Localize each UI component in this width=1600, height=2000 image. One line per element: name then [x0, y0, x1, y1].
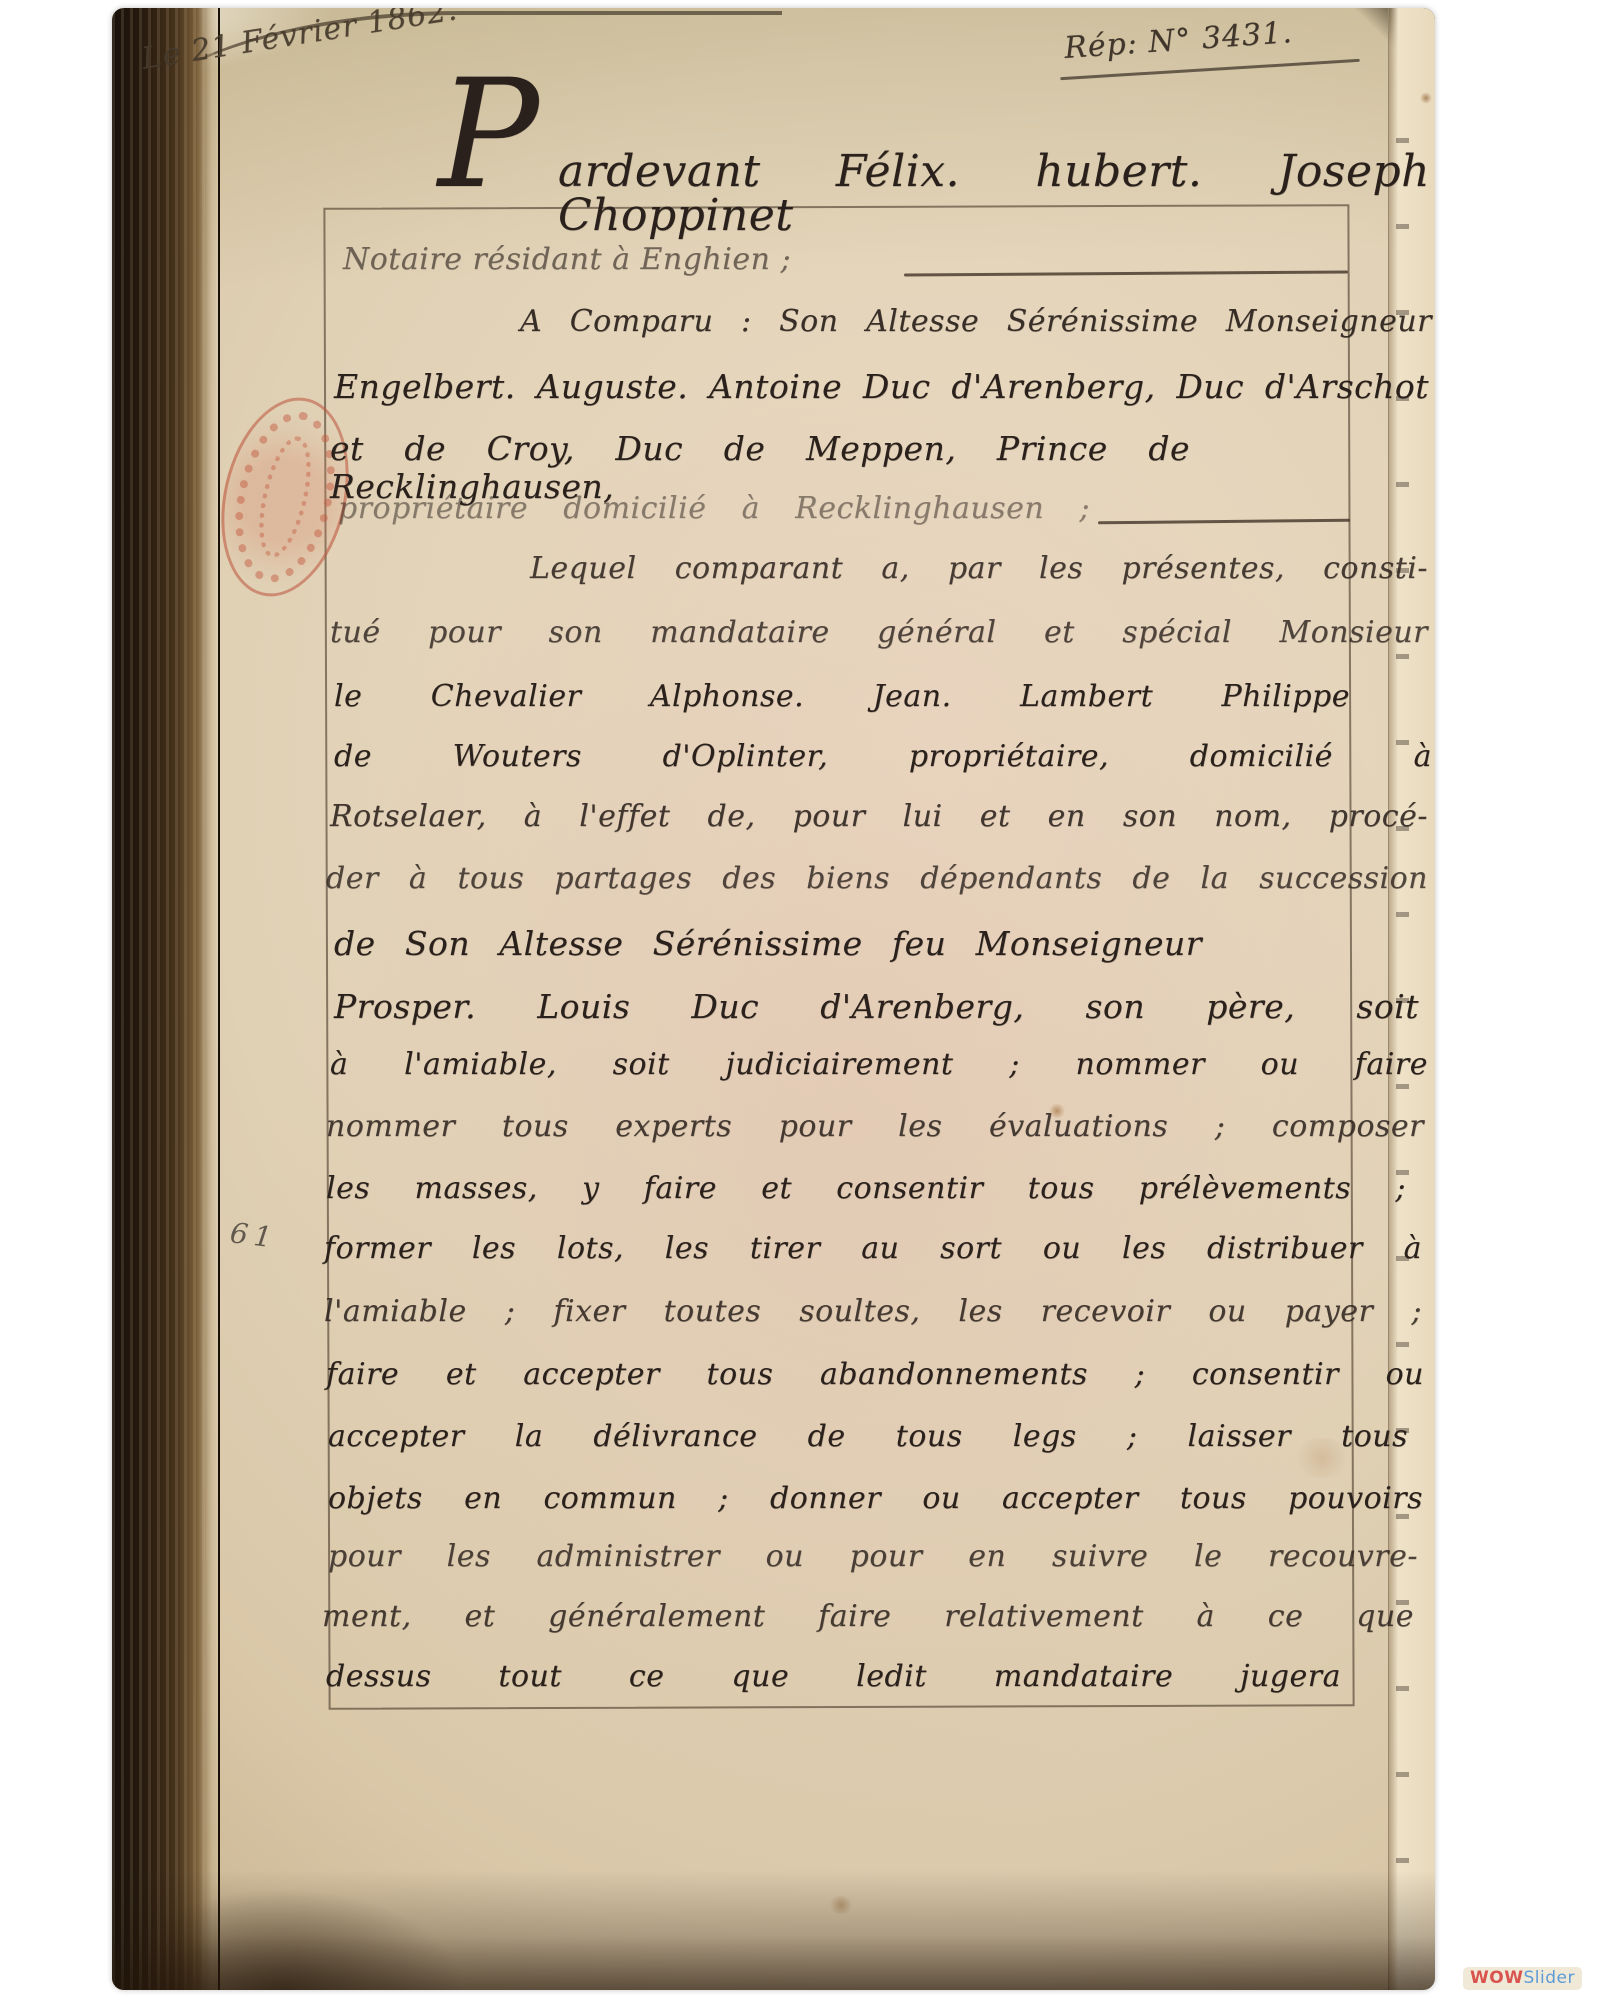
manuscript-line: former les lots, les tirer au sort ou le… [324, 1232, 1422, 1267]
manuscript-line: Prosper. Louis Duc d'Arenberg, son père,… [334, 988, 1419, 1026]
manuscript-line: accepter la délivrance de tous legs ; la… [328, 1420, 1408, 1455]
book-binding [112, 8, 220, 1990]
manuscript-line: pour les administrer ou pour en suivre l… [328, 1540, 1418, 1575]
manuscript-line: nommer tous experts pour les évaluations… [326, 1110, 1424, 1145]
manuscript-line: faire et accepter tous abandonnements ; … [326, 1358, 1424, 1393]
manuscript-line: les masses, y faire et consentir tous pr… [326, 1172, 1406, 1207]
manuscript-photo: Le 21 Février 1862. Rép: N° 3431. 61 P a… [112, 8, 1435, 1990]
manuscript-line: propriétaire domicilié à Recklinghausen … [338, 492, 1090, 527]
heading-text: ardevant Félix. hubert. Joseph Choppinet [558, 150, 1430, 238]
manuscript-line: der à tous partages des biens dépendants… [326, 862, 1428, 897]
ink-stain [1048, 1104, 1066, 1118]
manuscript-line: dessus tout ce que ledit mandataire juge… [326, 1660, 1341, 1695]
ink-stain [1420, 92, 1432, 104]
manuscript-line: objets en commun ; donner ou accepter to… [328, 1482, 1423, 1517]
manuscript-line: A Comparu : Son Altesse Sérénissime Mons… [520, 305, 1432, 340]
bottom-shadow [112, 1870, 1435, 1990]
manuscript-line: tué pour son mandataire général et spéci… [330, 616, 1428, 651]
manuscript-line: l'amiable ; fixer toutes soultes, les re… [324, 1295, 1422, 1330]
manuscript-line: Rotselaer, à l'effet de, pour lui et en … [330, 800, 1428, 835]
manuscript-line: de Son Altesse Sérénissime feu Monseigne… [334, 925, 1202, 963]
ink-stain [1292, 1438, 1352, 1478]
margin-note: 61 [228, 1219, 279, 1253]
manuscript-line: de Wouters d'Oplinter, propriétaire, dom… [334, 740, 1432, 775]
manuscript-line: ment, et généralement faire relativement… [322, 1600, 1414, 1635]
watermark-slider-text: Slider [1524, 1968, 1575, 1988]
photo-canvas: Le 21 Février 1862. Rép: N° 3431. 61 P a… [0, 0, 1600, 2000]
manuscript-line: à l'amiable, soit judiciairement ; nomme… [330, 1048, 1428, 1083]
watermark-wow-text: WOW [1470, 1968, 1523, 1988]
manuscript-line: Lequel comparant a, par les présentes, c… [530, 552, 1428, 587]
manuscript-line: Engelbert. Auguste. Antoine Duc d'Arenbe… [334, 368, 1429, 406]
manuscript-line: le Chevalier Alphonse. Jean. Lambert Phi… [334, 680, 1350, 715]
wowslider-watermark[interactable]: WOWSlider [1463, 1967, 1582, 1990]
heading-initial: P [438, 60, 539, 210]
manuscript-line: Notaire résidant à Enghien ; [343, 243, 791, 278]
